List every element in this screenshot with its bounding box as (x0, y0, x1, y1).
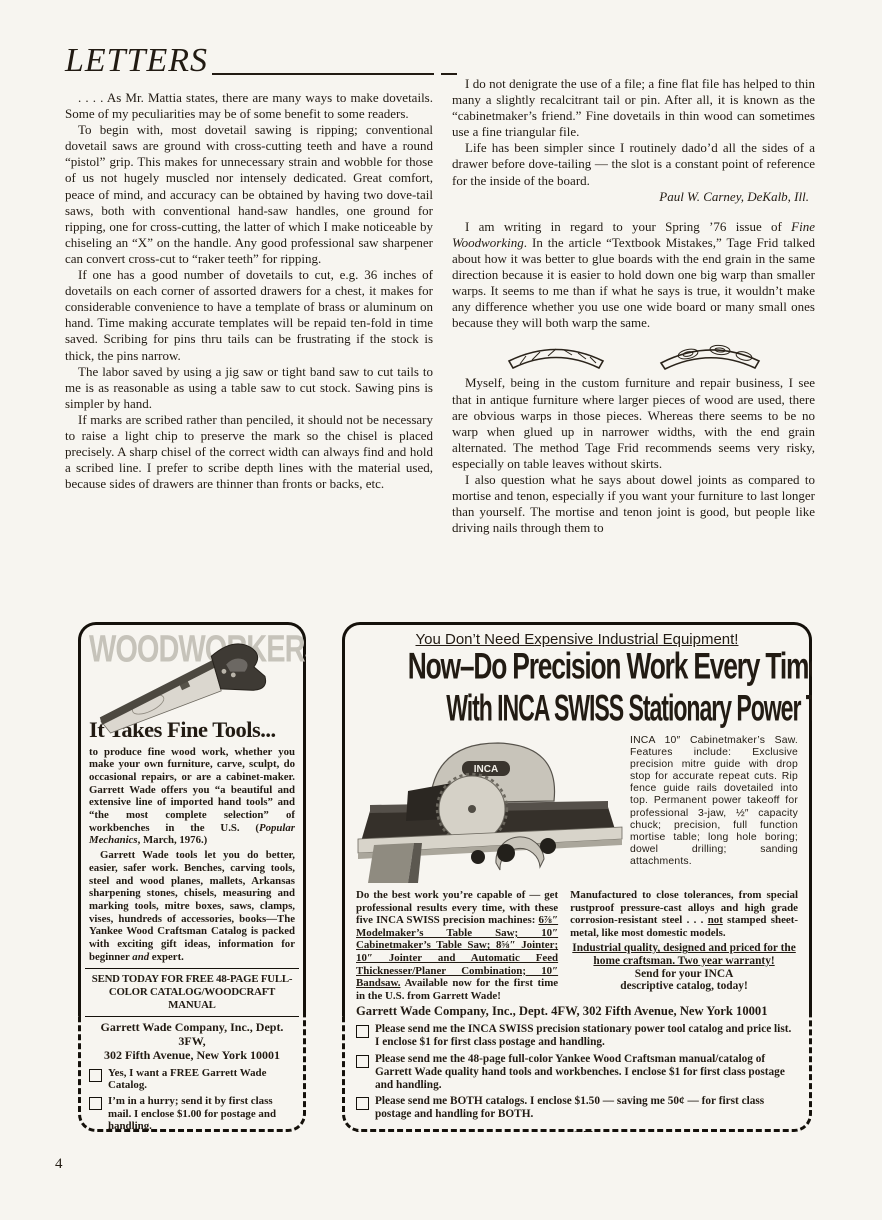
ad-body-paragraph: to produce fine wood work, whether you m… (89, 746, 295, 848)
ad-inca-swiss-power-tools: You Don’t Need Expensive Industrial Equi… (342, 622, 812, 1132)
magazine-page: LETTERS . . . . As Mr. Mattia states, th… (0, 0, 882, 1220)
paragraph: To begin with, most dovetail sawing is r… (65, 122, 433, 267)
ad-body-text: Garrett Wade tools let you do better, ea… (89, 849, 295, 963)
letters-column-left: . . . . As Mr. Mattia states, there are … (65, 90, 433, 492)
checkbox-icon (89, 1097, 102, 1110)
feature-copy: INCA 10″ Cabinetmaker’s Saw. Features in… (624, 735, 798, 887)
checkbox-label: I’m in a hurry; send it by first class m… (108, 1095, 295, 1132)
company-street: 302 Fifth Avenue, New York 10001 (89, 1049, 295, 1063)
ad-headline-line1: Now–Do Precision Work Every Time (356, 648, 798, 690)
ad-cta-line: SEND TODAY FOR FREE 48-PAGE FULL- (89, 973, 295, 986)
checkbox-label: Please send me BOTH catalogs. I enclose … (375, 1095, 798, 1121)
header-rule-end (441, 73, 457, 75)
coupon-name-address-row: Name Address (356, 1128, 798, 1132)
checkbox-icon (356, 1025, 369, 1038)
ad-cta-line: COLOR CATALOG/WOODCRAFT MANUAL (89, 986, 295, 1011)
paragraph: Myself, being in the custom furniture an… (452, 375, 815, 472)
coupon-option-yankee-manual: Please send me the 48-page full-color Ya… (356, 1053, 798, 1091)
name-label: Name (356, 1128, 386, 1132)
letter-signature: Paul W. Carney, DeKalb, Ill. (452, 189, 815, 205)
ad-body-text: to produce fine wood work, whether you m… (89, 746, 295, 834)
ad-headline-line2: With INCA SWISS Stationary Power Tools! (356, 690, 798, 732)
company-address: Garrett Wade Company, Inc., Dept. 4FW, 3… (356, 1004, 798, 1019)
quality-copy: Manufactured to close tolerances, from s… (570, 889, 798, 1002)
section-header: LETTERS (65, 44, 457, 78)
coupon-option-first-class: I’m in a hurry; send it by first class m… (89, 1095, 295, 1132)
checkbox-icon (356, 1097, 369, 1110)
divider (85, 968, 299, 969)
paragraph: . . . . As Mr. Mattia states, there are … (65, 90, 433, 122)
coupon-option-both-catalogs: Please send me BOTH catalogs. I enclose … (356, 1095, 798, 1121)
coupon-option-inca-catalog: Please send me the INCA SWISS precision … (356, 1023, 798, 1049)
ad-body-text: Do the best work you’re capable of — get… (356, 889, 558, 926)
send-for-catalog-line: Send for your INCA (570, 968, 798, 981)
company-name: Garrett Wade Company, Inc., Dept. 3FW, (89, 1021, 295, 1049)
wood-grain-arc-swirl-icon (658, 337, 762, 371)
machine-list-copy: Do the best work you’re capable of — get… (356, 889, 558, 1002)
paragraph: Life has been simpler since I routinely … (452, 140, 815, 188)
divider (85, 1016, 299, 1017)
company-address: Garrett Wade Company, Inc., Dept. 3FW, 3… (89, 1021, 295, 1062)
warranty-claim: Industrial quality, designed and priced … (570, 942, 798, 967)
letters-column-right: I do not denigrate the use of a file; a … (452, 76, 815, 536)
italic-word: and (132, 951, 149, 963)
paragraph: The labor saved by using a jig saw or ti… (65, 364, 433, 412)
checkbox-label: Yes, I want a FREE Garrett Wade Catalog. (108, 1067, 295, 1092)
header-rule (212, 73, 434, 75)
page-title: LETTERS (65, 44, 208, 78)
checkbox-label: Please send me the INCA SWISS precision … (375, 1023, 798, 1049)
address-blank-line (618, 1130, 793, 1132)
wood-grain-illustrations (452, 337, 815, 371)
paragraph: I am writing in regard to your Spring ’7… (452, 219, 815, 332)
page-number: 4 (55, 1156, 63, 1173)
wood-grain-arc-straight-icon (506, 337, 606, 371)
ad-body-text: expert. (149, 951, 184, 963)
paragraph-text: I am writing in regard to your Spring ’7… (465, 219, 791, 234)
paragraph: If one has a good number of dovetails to… (65, 267, 433, 364)
name-blank-line (391, 1130, 566, 1132)
paragraph: I also question what he says about dowel… (452, 472, 815, 536)
checkbox-icon (89, 1069, 102, 1082)
inca-brand-label: INCA (474, 764, 498, 775)
underlined-word: not (708, 914, 723, 926)
ad-body-text: , March, 1976.) (138, 834, 208, 846)
checkbox-label: Please send me the 48-page full-color Ya… (375, 1053, 798, 1091)
ad-art-block: WOODWORKERS: (89, 629, 295, 717)
paragraph: I do not denigrate the use of a file; a … (452, 76, 815, 140)
inca-table-saw-photo: INCA (356, 735, 624, 887)
address-label: Address (571, 1128, 613, 1132)
coupon-option-free-catalog: Yes, I want a FREE Garrett Wade Catalog. (89, 1067, 295, 1092)
checkbox-icon (356, 1055, 369, 1068)
ad-cta: SEND TODAY FOR FREE 48-PAGE FULL- COLOR … (89, 973, 295, 1011)
ad-garrett-wade-hand-tools: WOODWORKERS: It Takes Fine Tools... to p… (78, 622, 306, 1132)
ad-body-paragraph: Garrett Wade tools let you do better, ea… (89, 849, 295, 963)
send-for-catalog-line: descriptive catalog, today! (570, 980, 798, 993)
paragraph: If marks are scribed rather than pencile… (65, 412, 433, 492)
